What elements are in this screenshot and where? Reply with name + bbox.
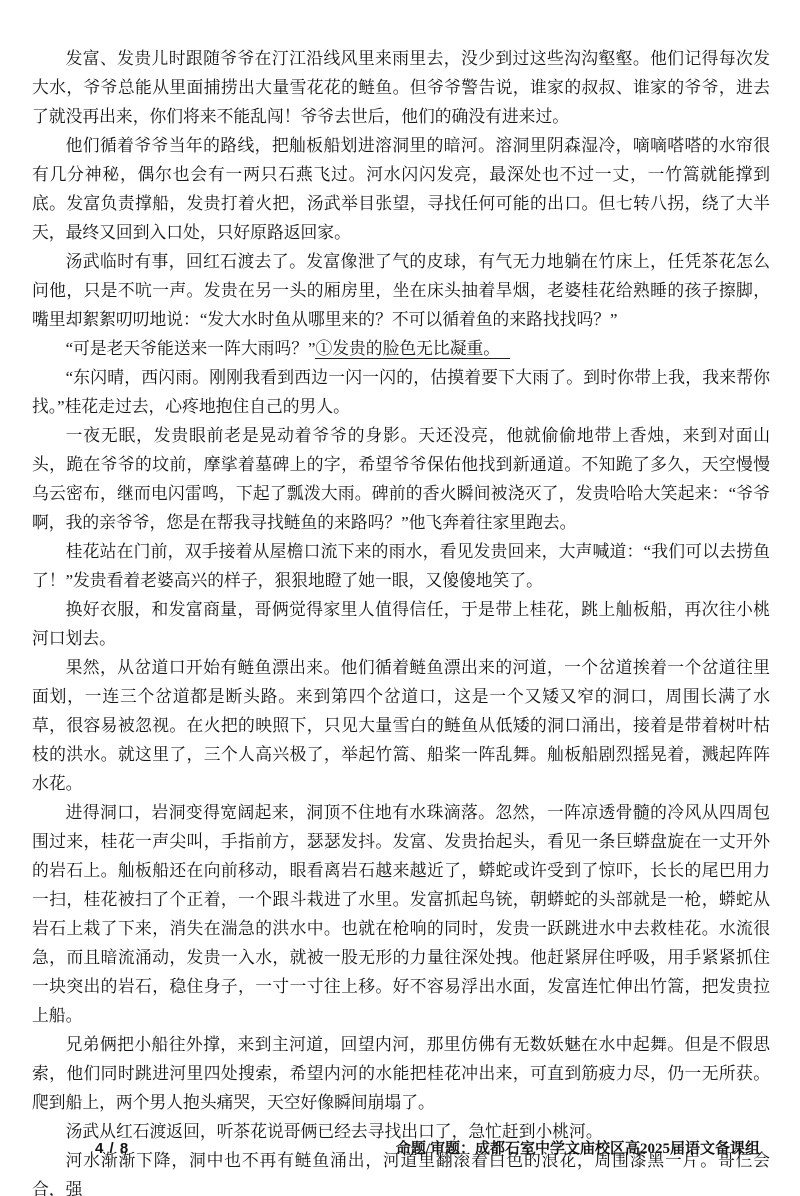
page-footer: 4 / 8 命题/审题：成都石室中学文庙校区高2025届语文备课组 [0,1134,800,1164]
passage-paragraph: “东闪晴，西闪雨。刚刚我看到西边一闪一闪的，估摸着要下大雨了。到时你带上我，我来… [32,363,770,421]
passage-paragraph: 他们循着爷爷当年的路线，把舢板船划进溶洞里的暗河。溶洞里阴森湿冷，嘀嘀嗒嗒的水帘… [32,131,770,247]
text-segment: 换好衣服，和发富商量，哥俩觉得家里人值得信任，于是带上桂花，跳上舢板船，再次往小… [32,600,770,648]
text-segment: 果然，从岔道口开始有鲢鱼漂出来。他们循着鲢鱼漂出来的河道，一个岔道挨着一个岔道往… [32,658,770,793]
passage-paragraph: 换好衣服，和发富商量，哥俩觉得家里人值得信任，于是带上桂花，跳上舢板船，再次往小… [32,595,770,653]
document-page: 发富、发贵儿时跟随爷爷在汀江沿线风里来雨里去，没少到过这些沟沟壑壑。他们记得每次… [0,0,800,1196]
passage-paragraph: 一夜无眠，发贵眼前老是晃动着爷爷的身影。天还没亮，他就偷偷地带上香烛，来到对面山… [32,421,770,537]
passage-paragraph: “可是老天爷能送来一阵大雨吗？”①发贵的脸色无比凝重。 [32,334,770,363]
passage-paragraph: 桂花站在门前，双手接着从屋檐口流下来的雨水，看见发贵回来，大声喊道：“我们可以去… [32,537,770,595]
text-segment: “东闪晴，西闪雨。刚刚我看到西边一闪一闪的，估摸着要下大雨了。到时你带上我，我来… [32,368,770,416]
text-segment: 桂花站在门前，双手接着从屋檐口流下来的雨水，看见发贵回来，大声喊道：“我们可以去… [32,542,770,590]
passage-paragraph: 果然，从岔道口开始有鲢鱼漂出来。他们循着鲢鱼漂出来的河道，一个岔道挨着一个岔道往… [32,653,770,798]
passage-paragraph: 汤武临时有事，回红石渡去了。发富像泄了气的皮球，有气无力地躺在竹床上，任凭茶花怎… [32,247,770,334]
text-segment: 汤武临时有事，回红石渡去了。发富像泄了气的皮球，有气无力地躺在竹床上，任凭茶花怎… [32,252,770,329]
passage-body: 发富、发贵儿时跟随爷爷在汀江沿线风里来雨里去，没少到过这些沟沟壑壑。他们记得每次… [32,44,770,1196]
text-segment: 发富、发贵儿时跟随爷爷在汀江沿线风里来雨里去，没少到过这些沟沟壑壑。他们记得每次… [32,49,770,126]
footer-credit: 命题/审题：成都石室中学文庙校区高2025届语文备课组 [396,1134,760,1164]
passage-paragraph: 兄弟俩把小船往外撑，来到主河道，回望内河，那里仿佛有无数妖魅在水中起舞。但是不假… [32,1030,770,1117]
text-segment: 兄弟俩把小船往外撑，来到主河道，回望内河，那里仿佛有无数妖魅在水中起舞。但是不假… [32,1035,770,1112]
page-number: 4 / 8 [95,1134,129,1164]
text-segment: 一夜无眠，发贵眼前老是晃动着爷爷的身影。天还没亮，他就偷偷地带上香烛，来到对面山… [32,426,770,532]
underlined-sentence: ①发贵的脸色无比凝重。 [315,339,510,359]
passage-paragraph: 发富、发贵儿时跟随爷爷在汀江沿线风里来雨里去，没少到过这些沟沟壑壑。他们记得每次… [32,44,770,131]
text-segment: “可是老天爷能送来一阵大雨吗？” [66,339,316,358]
passage-paragraph: 进得洞口，岩洞变得宽阔起来，洞顶不住地有水珠滴落。忽然，一阵凉透骨髓的冷风从四周… [32,798,770,1030]
text-segment: 他们循着爷爷当年的路线，把舢板船划进溶洞里的暗河。溶洞里阴森湿冷，嘀嘀嗒嗒的水帘… [32,136,770,242]
text-segment: 进得洞口，岩洞变得宽阔起来，洞顶不住地有水珠滴落。忽然，一阵凉透骨髓的冷风从四周… [32,803,770,1025]
